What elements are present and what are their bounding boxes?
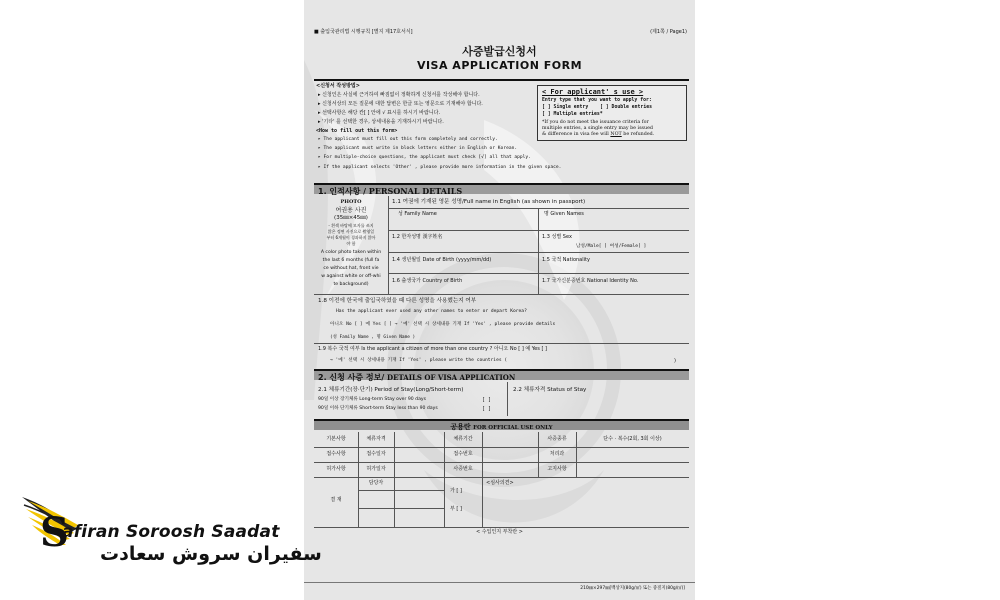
form-title-ko: 사증발급신청서	[304, 46, 695, 57]
photo-desc-en-2: the last 6 months (full fa	[314, 259, 388, 264]
title-divider	[314, 79, 689, 81]
official-cell-label: 고지사항	[538, 467, 576, 472]
date-of-birth-field[interactable]: 1.4 생년월일 Date of Birth (yyyy/mm/dd)	[392, 258, 491, 263]
given-names-field[interactable]: 명 Given Names	[544, 212, 584, 217]
photo-desc-en-1: A color photo taken within	[314, 251, 388, 256]
photo-desc-en-5: te background)	[314, 283, 388, 288]
official-cell-label: 접수일자	[358, 452, 394, 457]
revenue-stamp-label: < 수입인지 부착란 >	[304, 530, 695, 535]
instruction-ko-3: ▸ 선택사항은 해당 칸[ ] 안에 √ 표시를 하시기 바랍니다.	[318, 111, 440, 116]
official-cell-label: 단수 · 복수(2회, 3회 이상)	[576, 437, 689, 442]
field-1-8-options[interactable]: 아니오 No [ ] 예 Yes [ ] → '예' 선택 시 상세내용 기재 …	[330, 323, 555, 328]
official-cell-label: 기본사항	[314, 437, 358, 442]
official-cell-label: 사증종류	[538, 437, 576, 442]
field-1-9-question[interactable]: 1.9 복수 국적 여부 Is the applicant a citizen …	[318, 347, 547, 352]
paper-spec-footer: 210㎜×297㎜[백상지(80g/㎡) 또는 중질지(80g/㎡)]	[580, 587, 685, 591]
official-cell-label: 허가사항	[314, 467, 358, 472]
sex-checkboxes[interactable]: 남성/Male[ ] 여성/Female[ ]	[576, 245, 646, 250]
form-title-en: VISA APPLICATION FORM	[304, 60, 695, 71]
official-cell-label: 사증번호	[444, 467, 482, 472]
nationality-field[interactable]: 1.5 국적 Nationality	[542, 258, 590, 263]
company-logo: S afiran Soroosh Saadat سفیران سروش سعاد…	[20, 495, 290, 570]
reject-checkbox[interactable]: 부 [ ]	[450, 507, 462, 512]
status-of-stay-field[interactable]: 2.2 체류자격 Status of Stay	[513, 388, 586, 394]
visa-form-page: ■ 출입국관리법 시행규칙 [별지 제17호서식] (제1쪽 / Page1) …	[304, 0, 695, 600]
official-use-header: 공용란 FOR OFFICIAL USE ONLY	[314, 419, 689, 430]
long-term-checkbox[interactable]: [ ]	[482, 398, 491, 403]
chinese-name-field[interactable]: 1.2 한자성명 漢字姓名	[392, 235, 442, 240]
instruction-ko-2: ▸ 신청서상의 모든 질문에 대한 답변은 한글 또는 영문으로 기재해야 합니…	[318, 102, 483, 107]
official-cell-label: 체류기간	[444, 437, 482, 442]
official-cell-label: 접수번호	[444, 452, 482, 457]
instruction-ko-1: ▸ 신청인은 사실에 근거하여 빠짐없이 정확하게 신청서를 작성해야 합니다.	[318, 93, 480, 98]
form-reference: ■ 출입국관리법 시행규칙 [별지 제17호서식]	[314, 30, 413, 35]
period-of-stay-label: 2.1 체류기간(장·단기) Period of Stay(Long/Short…	[318, 388, 463, 394]
long-term-label: 90일 이상 장기체류 Long-term Stay over 90 days	[318, 398, 426, 403]
single-entry-checkbox[interactable]: [ ] Single entry	[542, 106, 588, 111]
approve-checkbox[interactable]: 가 [ ]	[450, 489, 462, 494]
field-1-8-names[interactable]: (성 Family Name , 명 Given Name )	[330, 336, 415, 340]
short-term-checkbox[interactable]: [ ]	[482, 407, 491, 412]
photo-desc-ko-2: 않은 정면 사진으로 촬영일	[314, 230, 388, 234]
country-of-birth-field[interactable]: 1.6 출생국가 Country of Birth	[392, 279, 462, 284]
photo-desc-ko-3: 부터 6개월이 경과하지 않아	[314, 236, 388, 240]
applicant-use-box: < For applicant' s use > Entry type that…	[537, 85, 687, 141]
instruction-en-4: ▸ If the applicant selects 'Other' , ple…	[318, 166, 561, 171]
page-indicator: (제1쪽 / Page1)	[650, 30, 687, 35]
instruction-en-1: ▸ The applicant must fill out this form …	[318, 138, 498, 143]
instruction-ko-4: ▸ '기타' 를 선택한 경우, 상세내용을 기재하시기 바랍니다.	[318, 120, 444, 125]
photo-size: (35㎜×45㎜)	[314, 216, 388, 222]
note-line-3: & difference in visa fee will NOT be ref…	[542, 133, 654, 138]
instruction-en-3: ▸ For multiple-choice questions, the app…	[318, 156, 531, 161]
field-1-8-label: 1.8 이전에 한국에 출입국하였을 때 다른 성명을 사용했는지 여부	[318, 299, 476, 305]
photo-label: PHOTO	[314, 200, 388, 205]
section-personal-details-header: 1. 인적사항 / PERSONAL DETAILS	[314, 183, 689, 194]
multiple-entries-checkbox[interactable]: [ ] Multiple entries*	[542, 113, 603, 118]
field-1-8-question: Has the applicant ever used any other na…	[336, 310, 527, 315]
applicant-box-title: < For applicant' s use >	[542, 89, 643, 96]
review-opinion-label: <심사의견>	[486, 481, 514, 486]
section-visa-details-header: 2. 신청 사증 정보/ DETAILS OF VISA APPLICATION	[314, 369, 689, 380]
official-cell-label: 접수사항	[314, 452, 358, 457]
sex-label: 1.3 성별 Sex	[542, 235, 572, 240]
approval-label: 결 재	[314, 498, 358, 503]
short-term-label: 90일 이하 단기체류 Short-term Stay less than 90…	[318, 407, 438, 412]
instructions-en-heading: <How to fill out this form>	[316, 129, 397, 134]
field-1-9-detail[interactable]: → '예' 선택 시 상세내용 기재 If 'Yes' , please wri…	[330, 359, 507, 364]
photo-title-ko: 여권용 사진	[314, 208, 388, 214]
entry-type-label: Entry type that you want to apply for:	[542, 99, 652, 104]
logo-text-fa: سفیران سروش سعادت	[100, 543, 322, 565]
official-cell-label: 체류자격	[358, 437, 394, 442]
instructions-ko-heading: <신청서 작성방법>	[316, 84, 360, 89]
double-entries-checkbox[interactable]: [ ] Double entries	[600, 106, 652, 111]
officer-label: 담당자	[358, 481, 394, 486]
photo-desc-ko-1: - 흰색 바탕에 모자를 쓰지	[314, 224, 388, 228]
field-1-9-close-paren: )	[674, 359, 676, 364]
field-1-1-label: 1.1 여권에 기재된 영문 성명/Full name in English (…	[392, 200, 585, 206]
photo-desc-en-3: ce without hat, front vie	[314, 267, 388, 272]
family-name-field[interactable]: 성 Family Name	[398, 212, 437, 217]
photo-desc-ko-4: 야 함	[314, 242, 388, 246]
national-id-field[interactable]: 1.7 국가신분증번호 National Identity No.	[542, 279, 638, 284]
official-cell-label: 허가일자	[358, 467, 394, 472]
photo-desc-en-4: w against white or off-whi	[314, 275, 388, 280]
instruction-en-2: ▸ The applicant must write in block lett…	[318, 147, 517, 152]
logo-text-en: afiran Soroosh Saadat	[62, 522, 280, 542]
official-cell-label: 처리과	[538, 452, 576, 457]
